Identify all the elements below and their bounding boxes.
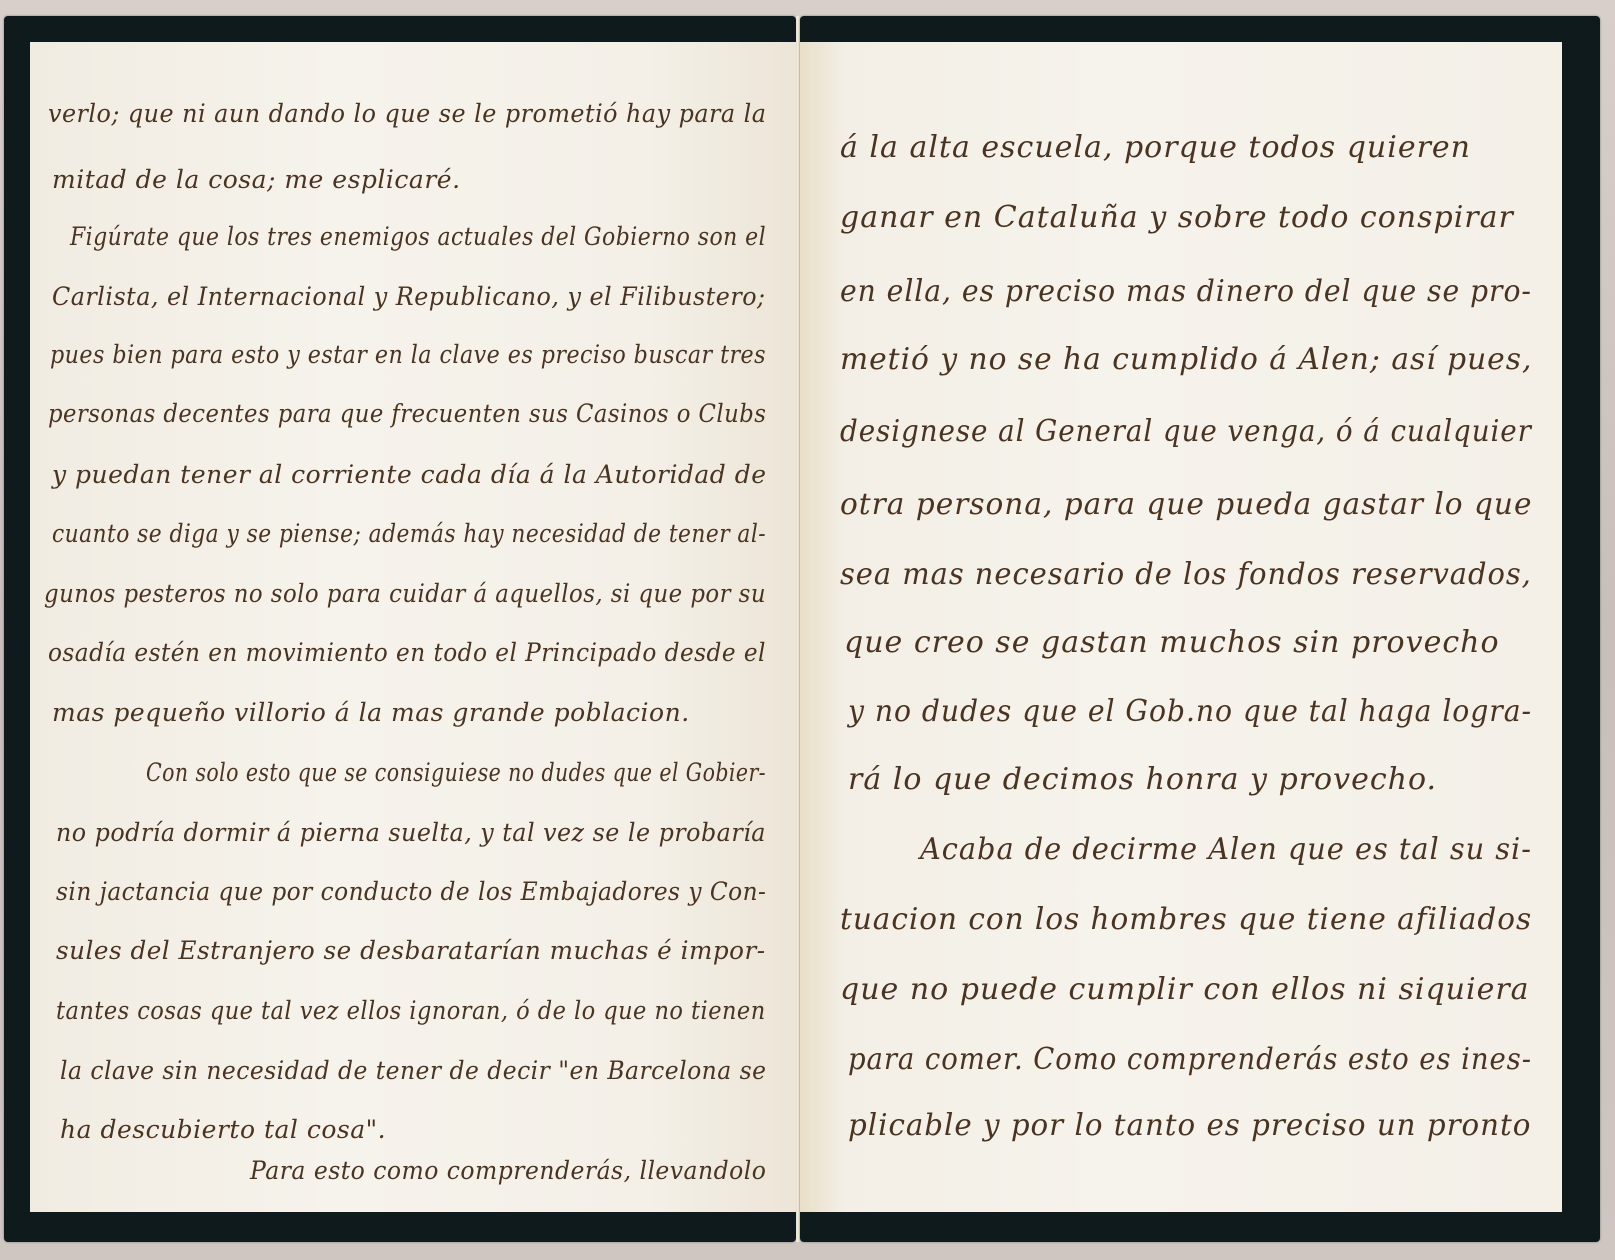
handwritten-line: la clave sin necesidad de tener de decir… (60, 1056, 766, 1085)
handwritten-line: tuacion con los hombres que tiene afilia… (840, 902, 1532, 937)
handwritten-line: Acaba de decirme Alen que es tal su si- (920, 832, 1532, 867)
left-page-paper: verlo; que ni aun dando lo que se le pro… (30, 42, 796, 1212)
left-page: verlo; que ni aun dando lo que se le pro… (4, 16, 796, 1242)
handwritten-line: metió y no se ha cumplido á Alen; así pu… (840, 342, 1532, 377)
handwritten-line: designese al General que venga, ó á cual… (840, 414, 1532, 449)
handwritten-line: gunos pesteros no solo para cuidar á aqu… (44, 579, 766, 608)
handwritten-line: á la alta escuela, porque todos quieren (840, 130, 1471, 165)
handwritten-line: Figúrate que los tres enemigos actuales … (70, 222, 766, 251)
handwritten-line: tantes cosas que tal vez ellos ignoran, … (56, 996, 766, 1025)
handwritten-line: y no dudes que el Gob.no que tal haga lo… (848, 694, 1532, 729)
left-page-text: verlo; que ni aun dando lo que se le pro… (30, 42, 796, 1212)
handwritten-line: mitad de la cosa; me esplicaré. (52, 165, 461, 194)
handwritten-line: para comer. Como comprenderás esto es in… (848, 1042, 1532, 1077)
handwritten-line: rá lo que decimos honra y provecho. (848, 762, 1437, 797)
handwritten-line: mas pequeño villorio á la mas grande pob… (52, 698, 690, 727)
handwritten-line: Con solo esto que se consiguiese no dude… (146, 758, 766, 787)
handwritten-line: plicable y por lo tanto es preciso un pr… (848, 1108, 1531, 1143)
handwritten-line: que creo se gastan muchos sin provecho (844, 625, 1500, 660)
right-page: á la alta escuela, porque todos quieren … (800, 16, 1600, 1242)
right-page-paper: á la alta escuela, porque todos quieren … (800, 42, 1562, 1212)
handwritten-line: sules del Estranjero se desbaratarían mu… (56, 936, 766, 965)
handwritten-line: no podría dormir á pierna suelta, y tal … (56, 818, 766, 847)
handwritten-line: en ella, es preciso mas dinero del que s… (840, 274, 1532, 309)
handwritten-line: cuanto se diga y se piense; además hay n… (52, 519, 766, 548)
handwritten-line: Carlista, el Internacional y Republicano… (52, 282, 766, 311)
handwritten-line: sin jactancia que por conducto de los Em… (56, 877, 766, 906)
handwritten-line: pues bien para esto y estar en la clave … (50, 340, 766, 369)
right-page-text: á la alta escuela, porque todos quieren … (800, 42, 1562, 1212)
handwritten-line: y puedan tener al corriente cada día á l… (52, 460, 767, 489)
handwritten-line: sea mas necesario de los fondos reservad… (840, 557, 1532, 592)
handwritten-line: otra persona, para que pueda gastar lo q… (840, 487, 1532, 522)
handwritten-line: personas decentes para que frecuenten su… (48, 399, 766, 428)
handwritten-line: Para esto como comprenderás, llevandolo (250, 1156, 766, 1185)
handwritten-line: ganar en Cataluña y sobre todo conspirar (840, 200, 1514, 235)
handwritten-line: verlo; que ni aun dando lo que se le pro… (48, 99, 766, 128)
handwritten-line: que no puede cumplir con ellos ni siquie… (840, 972, 1530, 1007)
handwritten-line: osadía estén en movimiento en todo el Pr… (48, 638, 766, 667)
handwritten-line: ha descubierto tal cosa". (60, 1115, 386, 1144)
